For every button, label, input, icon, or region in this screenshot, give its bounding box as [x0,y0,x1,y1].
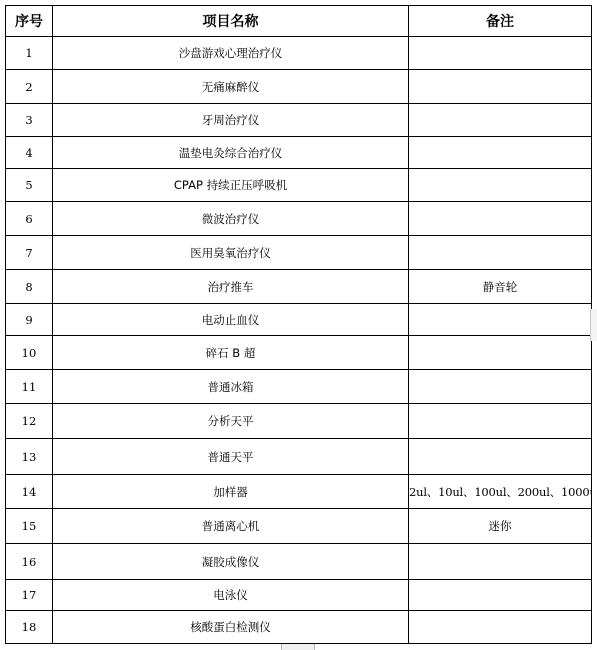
cell-name: 电泳仪 [53,580,409,611]
cell-no: 3 [6,104,53,137]
table-row: 13 普通天平 [6,439,592,475]
cell-no: 9 [6,304,53,336]
table-row: 9 电动止血仪 [6,304,592,336]
table-row: 7 医用臭氧治疗仪 [6,236,592,270]
cell-no: 7 [6,236,53,270]
cell-no: 13 [6,439,53,475]
page-edge-marker [590,309,597,341]
cell-name: 微波治疗仪 [53,202,409,236]
table-row: 8 治疗推车 静音轮 [6,270,592,304]
cell-no: 6 [6,202,53,236]
cell-note: 迷你 [409,509,592,544]
table-row: 15 普通离心机 迷你 [6,509,592,544]
equipment-table: 序号 项目名称 备注 1 沙盘游戏心理治疗仪 2 无痛麻醉仪 3 牙周治疗仪 4… [5,5,592,644]
page-bottom-marker [281,644,315,650]
cell-no: 10 [6,336,53,370]
table-row: 18 核酸蛋白检测仪 [6,611,592,644]
cell-note [409,137,592,169]
table-row: 12 分析天平 [6,404,592,439]
cell-name: 分析天平 [53,404,409,439]
cell-note [409,580,592,611]
cell-name: 牙周治疗仪 [53,104,409,137]
table-row: 10 碎石 B 超 [6,336,592,370]
cell-name: 凝胶成像仪 [53,544,409,580]
cell-note [409,336,592,370]
cell-note [409,202,592,236]
cell-no: 4 [6,137,53,169]
cell-name: 电动止血仪 [53,304,409,336]
cell-name: 普通冰箱 [53,370,409,404]
cell-name: 普通天平 [53,439,409,475]
cell-no: 2 [6,70,53,104]
table-row: 4 温垫电灸综合治疗仪 [6,137,592,169]
cell-note [409,370,592,404]
table-row: 16 凝胶成像仪 [6,544,592,580]
table-row: 3 牙周治疗仪 [6,104,592,137]
header-name: 项目名称 [53,6,409,37]
cell-note [409,544,592,580]
cell-note [409,236,592,270]
table-row: 6 微波治疗仪 [6,202,592,236]
cell-note [409,611,592,644]
cell-name: CPAP 持续正压呼吸机 [53,169,409,202]
cell-no: 18 [6,611,53,644]
cell-name: 沙盘游戏心理治疗仪 [53,37,409,70]
cell-name: 普通离心机 [53,509,409,544]
cell-note: 2ul、10ul、100ul、200ul、1000ul [409,475,592,509]
cell-note [409,70,592,104]
cell-no: 5 [6,169,53,202]
cell-no: 8 [6,270,53,304]
cell-name: 核酸蛋白检测仪 [53,611,409,644]
cell-no: 12 [6,404,53,439]
cell-note [409,37,592,70]
cell-no: 11 [6,370,53,404]
cell-no: 17 [6,580,53,611]
table-row: 1 沙盘游戏心理治疗仪 [6,37,592,70]
cell-name: 医用臭氧治疗仪 [53,236,409,270]
cell-no: 15 [6,509,53,544]
cell-note: 静音轮 [409,270,592,304]
cell-name: 无痛麻醉仪 [53,70,409,104]
cell-name: 碎石 B 超 [53,336,409,370]
table-row: 11 普通冰箱 [6,370,592,404]
cell-name: 温垫电灸综合治疗仪 [53,137,409,169]
cell-no: 14 [6,475,53,509]
cell-note [409,439,592,475]
table-header-row: 序号 项目名称 备注 [6,6,592,37]
cell-name: 治疗推车 [53,270,409,304]
header-note: 备注 [409,6,592,37]
table-row: 17 电泳仪 [6,580,592,611]
table-row: 14 加样器 2ul、10ul、100ul、200ul、1000ul [6,475,592,509]
cell-name: 加样器 [53,475,409,509]
header-no: 序号 [6,6,53,37]
cell-no: 16 [6,544,53,580]
cell-note [409,104,592,137]
table-row: 2 无痛麻醉仪 [6,70,592,104]
cell-note [409,404,592,439]
cell-no: 1 [6,37,53,70]
cell-note [409,169,592,202]
table-row: 5 CPAP 持续正压呼吸机 [6,169,592,202]
cell-note [409,304,592,336]
